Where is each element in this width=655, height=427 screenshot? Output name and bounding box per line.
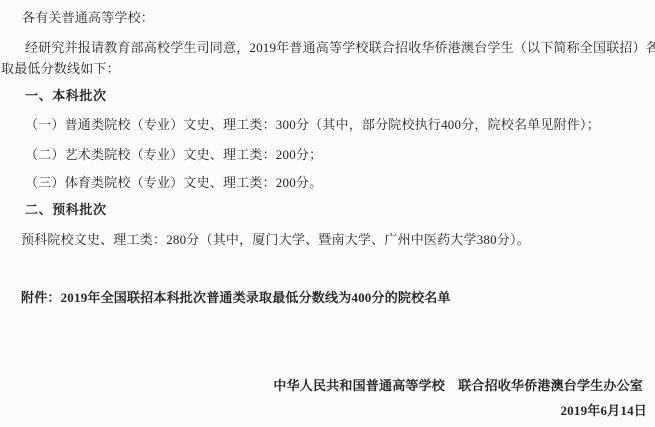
- benke-item-1: （一）普通类院校（专业）文史、理工类：300分（其中，部分院校执行400分，院校…: [25, 116, 600, 133]
- benke-item-2: （二）艺术类院校（专业）文史、理工类：200分；: [25, 146, 322, 163]
- document-screenshot: { "page": { "background_color": "#fcfcfc…: [0, 0, 655, 427]
- benke-item-3: （三）体育类院校（专业）文史、理工类：200分。: [25, 174, 322, 191]
- notice-document: 各有关普通高等学校： 经研究并报请教育部高校学生司同意，2019年普通高等学校联…: [0, 0, 655, 427]
- attachment-line: 附件：2019年全国联招本科批次普通类录取最低分数线为400分的院校名单: [21, 289, 451, 306]
- section-heading-benke: 一、本科批次: [25, 87, 107, 104]
- signature-date-line: 2019年6月14日: [560, 402, 647, 419]
- yuke-item-1: 预科院校文史、理工类：280分（其中，厦门大学、暨南大学、广州中医药大学380分…: [21, 231, 530, 248]
- intro-paragraph-line-1: 经研究并报请教育部高校学生司同意，2019年普通高等学校联合招收华侨港澳台学生（…: [25, 39, 655, 56]
- section-heading-yuke: 二、预科批次: [25, 201, 107, 218]
- signature-org-line: 中华人民共和国普通高等学校 联合招收华侨港澳台学生办公室: [273, 377, 643, 394]
- salutation-line: 各有关普通高等学校：: [22, 9, 154, 26]
- intro-paragraph-line-2: 取最低分数线如下：: [1, 60, 120, 77]
